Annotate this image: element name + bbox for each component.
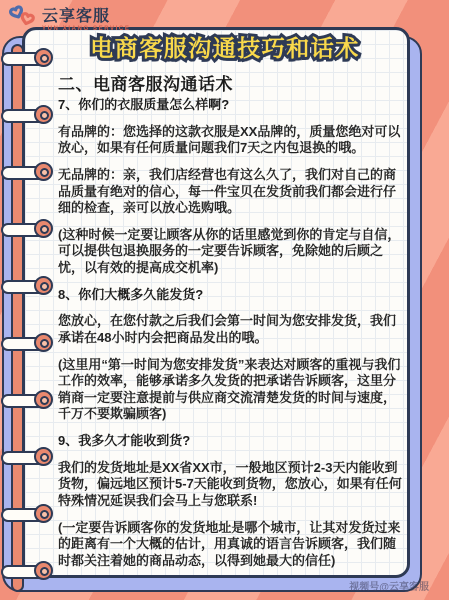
binder-ring-icon	[1, 337, 48, 351]
answer-shipping: 您放心，在您付款之后我们会第一时间为您安排发货，我们承诺在48小时内会把商品发出…	[58, 313, 407, 346]
binder-ring-icon	[1, 565, 48, 579]
question-8: 8、你们大概多久能发货?	[58, 287, 407, 304]
question-9: 9、我多久才能收到货?	[58, 433, 407, 450]
brand-subtitle: YUN XIANG SERVICE	[42, 26, 130, 32]
binder-ring-icon	[1, 394, 48, 408]
question-7: 7、你们的衣服质量怎么样啊?	[58, 97, 407, 114]
binder-ring-icon	[1, 109, 48, 123]
binder-ring-icon	[1, 223, 48, 237]
brand-name: 云享客服	[42, 9, 130, 26]
brand-logo: 云享客服 YUN XIANG SERVICE	[8, 4, 130, 37]
binder-ring-icon	[1, 451, 48, 465]
answer-delivery: 我们的发货地址是XX省XX市，一般地区预计2-3天内能收到货物，偏远地区预计5-…	[58, 460, 407, 510]
answer-branded: 有品牌的：您选择的这款衣服是XX品牌的，质量您绝对可以放心，如果有任何质量问题我…	[58, 124, 407, 157]
tip-note-8: (这里用“第一时间为您安排发货”来表达对顾客的重视与我们工作的效率，能够承诺多久…	[58, 357, 407, 424]
linked-hearts-icon	[8, 4, 38, 37]
tip-note-7: (这种时候一定要让顾客从你的话里感觉到你的肯定与自信，可以提供包退换服务的一定要…	[58, 227, 407, 277]
answer-unbranded: 无品牌的：亲，我们店经营也有这么久了，我们对自己的商品质量有绝对的信心，每一件宝…	[58, 167, 407, 217]
content-area: 7、你们的衣服质量怎么样啊? 有品牌的：您选择的这款衣服是XX品牌的，质量您绝对…	[58, 97, 407, 579]
binder-ring-icon	[1, 166, 48, 180]
watermark: 视频号@云享客服	[349, 578, 429, 593]
binder-ring-icon	[1, 52, 48, 66]
binder-ring-icon	[1, 280, 48, 294]
tip-note-9: (一定要告诉顾客你的发货地址是哪个城市，让其对发货过来的距离有一个大概的估计，用…	[58, 520, 407, 570]
section-heading: 二、电商客服沟通话术	[58, 70, 233, 95]
binder-ring-icon	[1, 508, 48, 522]
